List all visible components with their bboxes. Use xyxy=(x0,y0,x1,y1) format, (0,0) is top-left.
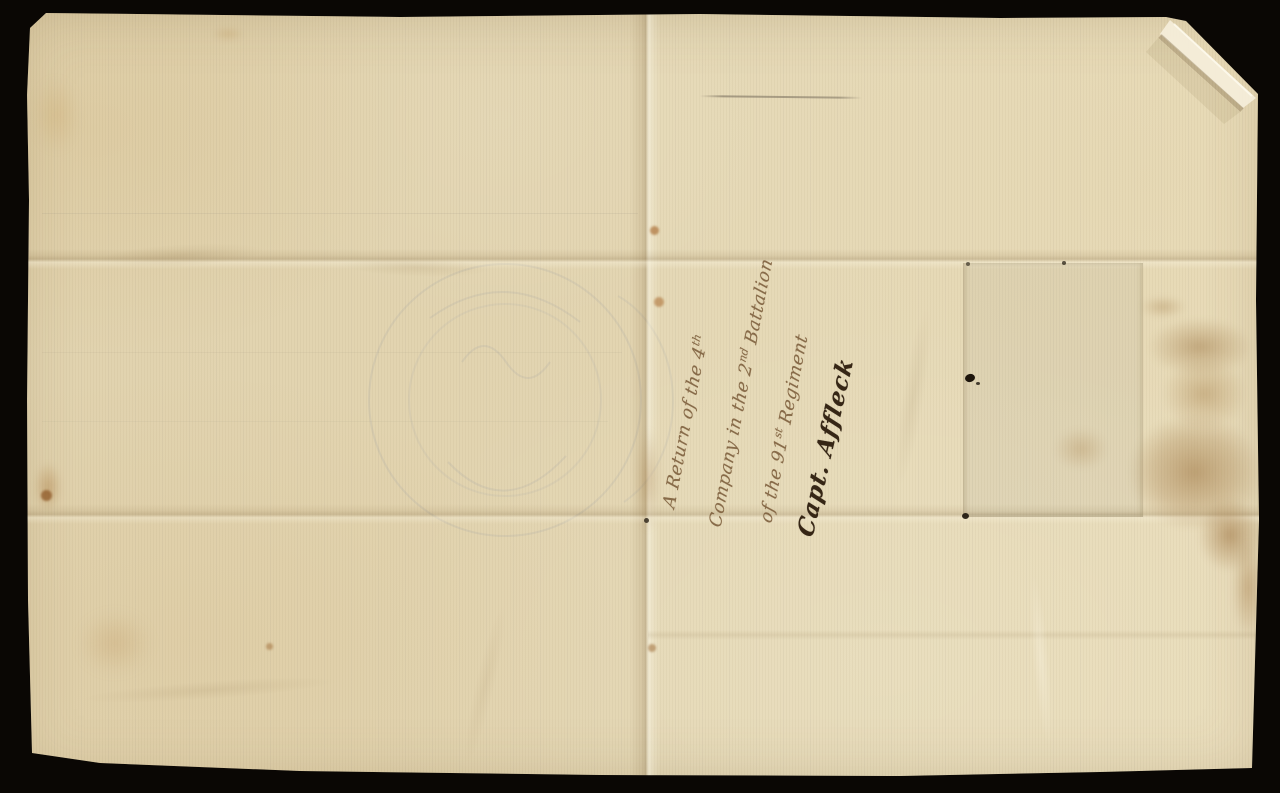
folded-corner xyxy=(0,0,1280,793)
paper-sheet: A Return of the 4th Company in the 2nd B… xyxy=(0,0,1280,793)
photo-backdrop: A Return of the 4th Company in the 2nd B… xyxy=(0,0,1280,793)
